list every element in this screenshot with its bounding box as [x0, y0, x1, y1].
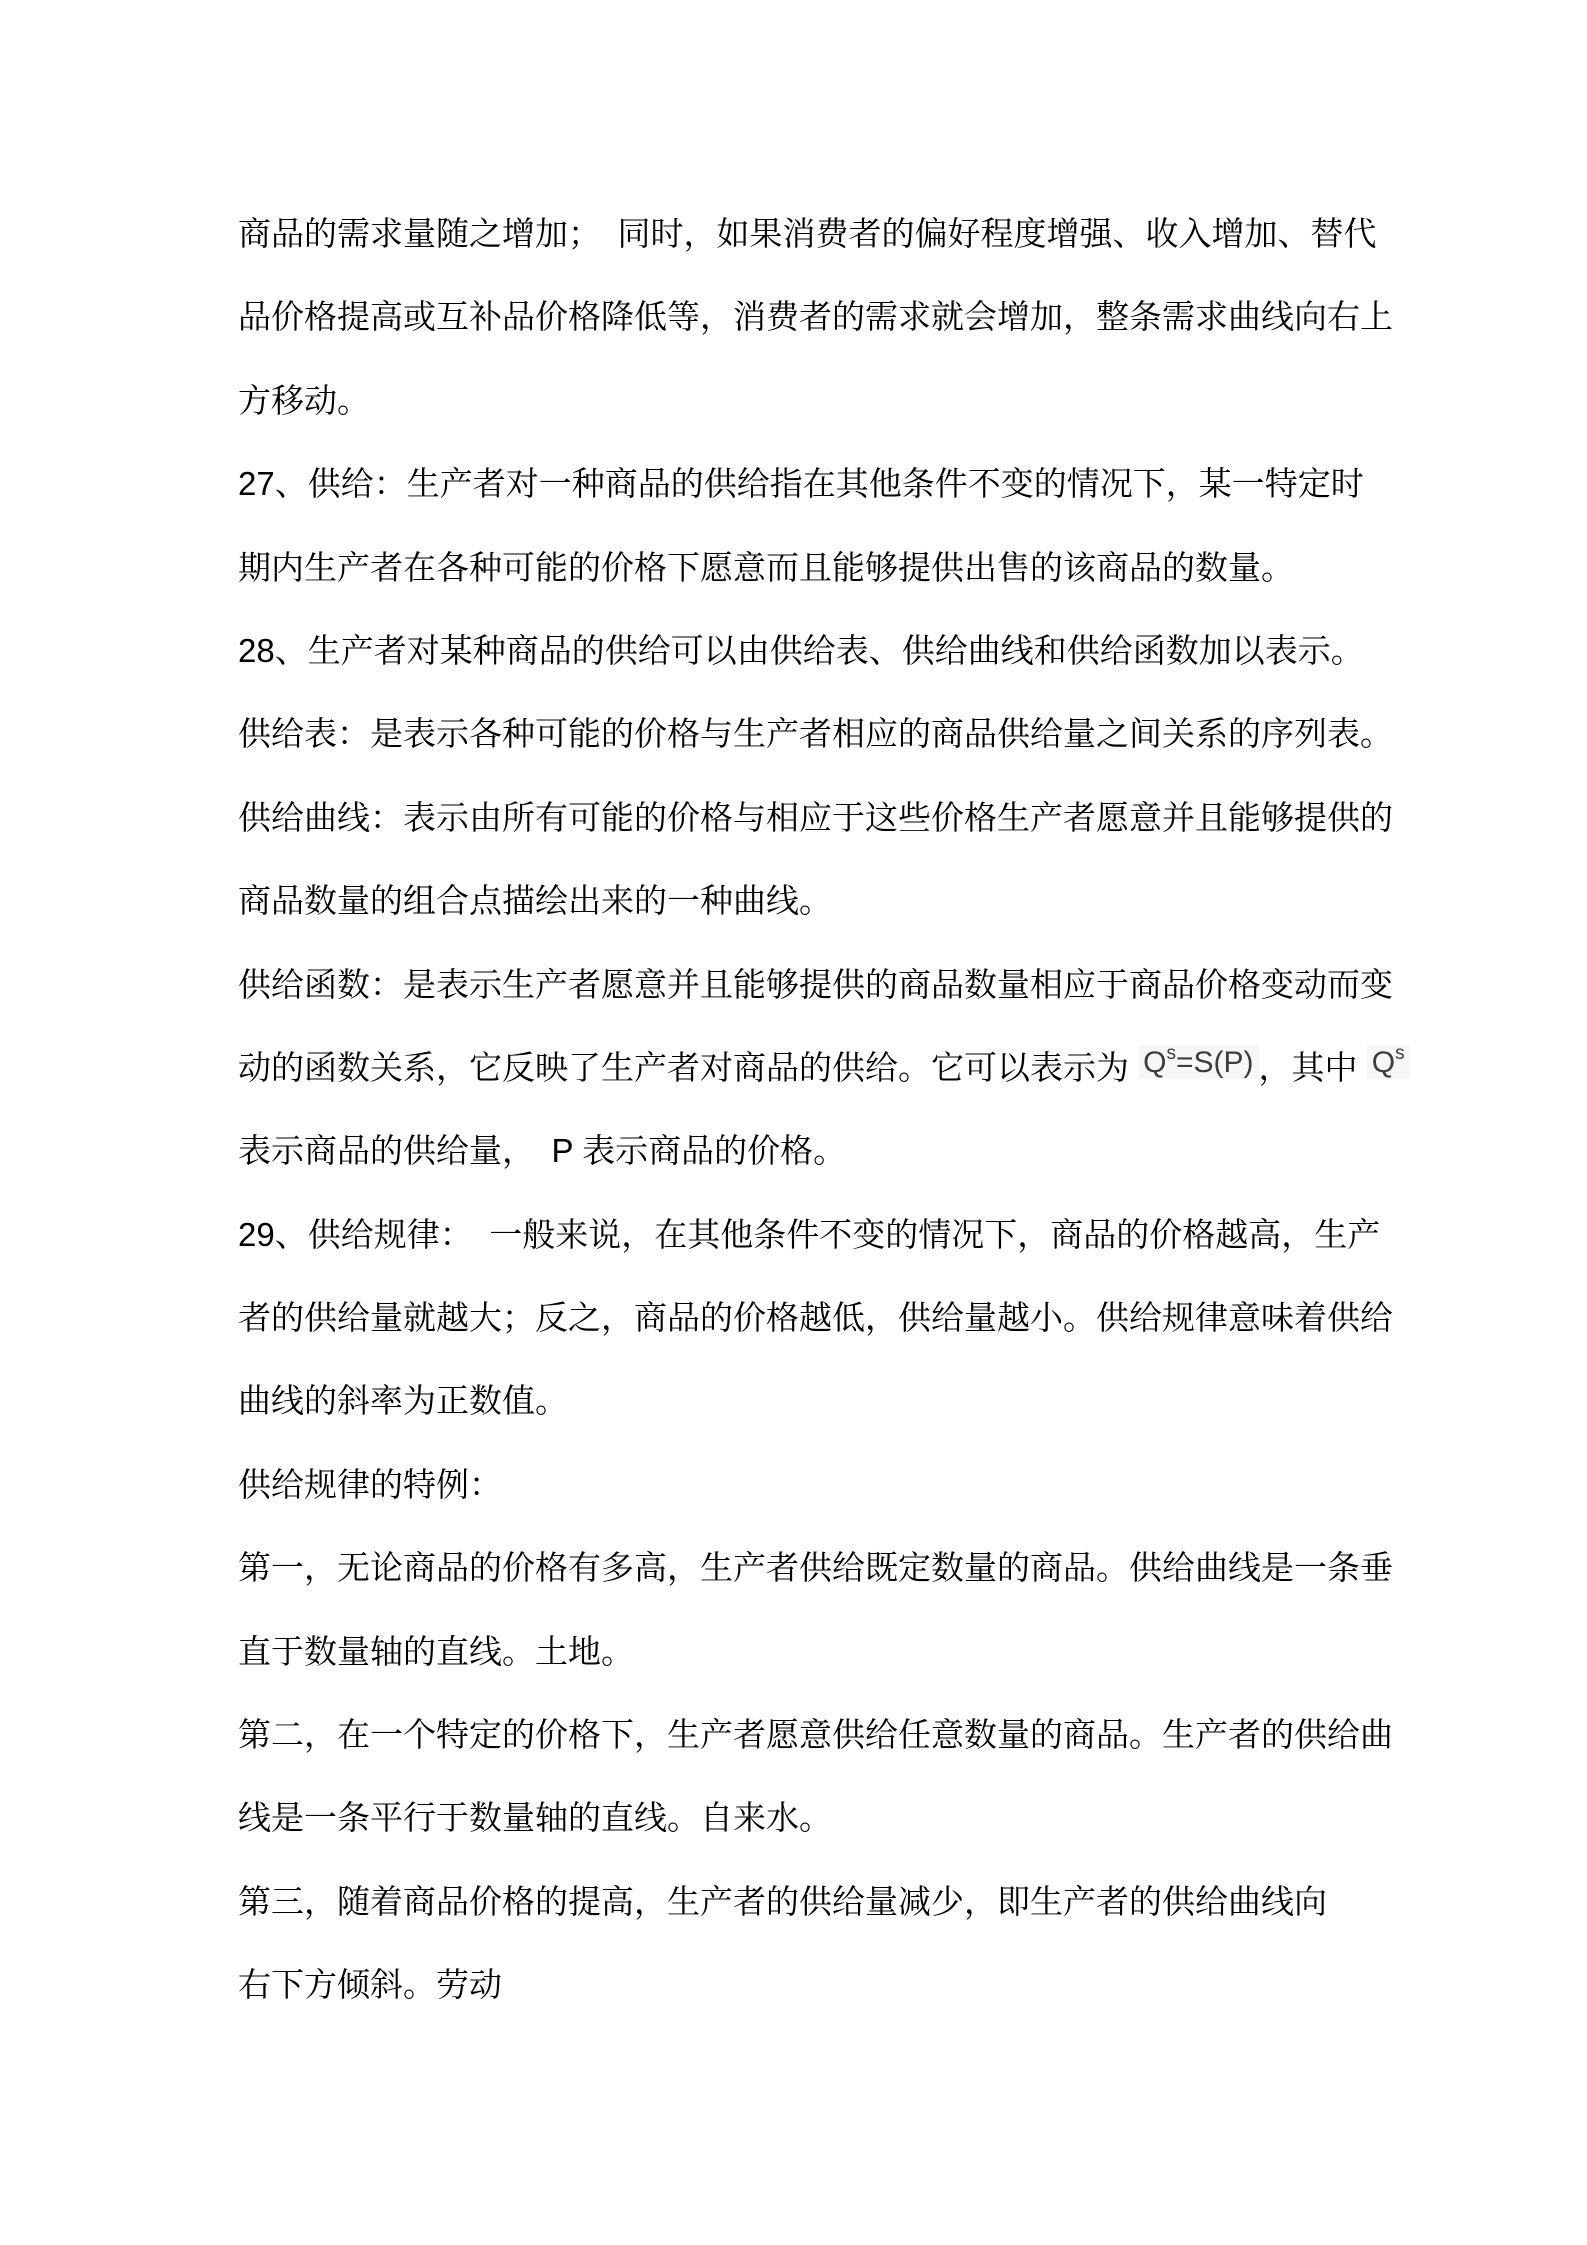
document-page: 商品的需求量随之增加； 同时，如果消费者的偏好程度增强、收入增加、替代品价格提高… — [0, 0, 1587, 2245]
text-line: 29、供给规律： 一般来说，在其他条件不变的情况下，商品的价格越高，生产 — [238, 1193, 1458, 1276]
text-line: 表示商品的供给量， P 表示商品的价格。 — [238, 1109, 1458, 1192]
text-line: 品价格提高或互补品价格降低等，消费者的需求就会增加，整条需求曲线向右上 — [238, 275, 1458, 358]
text-line: 动的函数关系，它反映了生产者对商品的供给。它可以表示为 Qs=S(P)，其中 Q… — [238, 1026, 1458, 1109]
text-line: 曲线的斜率为正数值。 — [238, 1359, 1458, 1442]
inline-equation: Qs — [1367, 1045, 1410, 1079]
text-line: 供给表：是表示各种可能的价格与生产者相应的商品供给量之间关系的序列表。 — [238, 692, 1458, 775]
text-line: 期内生产者在各种可能的价格下愿意而且能够提供出售的该商品的数量。 — [238, 526, 1458, 609]
text-line: 第一，无论商品的价格有多高，生产者供给既定数量的商品。供给曲线是一条垂 — [238, 1526, 1458, 1609]
text-line: 右下方倾斜。劳动 — [238, 1943, 1458, 2026]
text-line: 直于数量轴的直线。土地。 — [238, 1610, 1458, 1693]
text-line: 27、供给：生产者对一种商品的供给指在其他条件不变的情况下，某一特定时 — [238, 442, 1458, 525]
text-line: 第二，在一个特定的价格下，生产者愿意供给任意数量的商品。生产者的供给曲 — [238, 1693, 1458, 1776]
text-line: 供给函数：是表示生产者愿意并且能够提供的商品数量相应于商品价格变动而变 — [238, 943, 1458, 1026]
text-line: 商品数量的组合点描绘出来的一种曲线。 — [238, 859, 1458, 942]
text-segment: ，其中 — [1259, 1049, 1367, 1086]
text-line: 28、生产者对某种商品的供给可以由供给表、供给曲线和供给函数加以表示。 — [238, 609, 1458, 692]
text-line: 供给规律的特例： — [238, 1443, 1458, 1526]
inline-equation: Qs=S(P) — [1138, 1045, 1258, 1079]
text-line: 方移动。 — [238, 359, 1458, 442]
text-segment: 动的函数关系，它反映了生产者对商品的供给。它可以表示为 — [238, 1049, 1138, 1086]
text-line: 供给曲线：表示由所有可能的价格与相应于这些价格生产者愿意并且能够提供的 — [238, 776, 1458, 859]
text-line: 者的供给量就越大；反之，商品的价格越低，供给量越小。供给规律意味着供给 — [238, 1276, 1458, 1359]
document-body: 商品的需求量随之增加； 同时，如果消费者的偏好程度增强、收入增加、替代品价格提高… — [238, 192, 1458, 2027]
text-line: 第三，随着商品价格的提高，生产者的供给量减少，即生产者的供给曲线向 — [238, 1860, 1458, 1943]
text-line: 商品的需求量随之增加； 同时，如果消费者的偏好程度增强、收入增加、替代 — [238, 192, 1458, 275]
text-line: 线是一条平行于数量轴的直线。自来水。 — [238, 1776, 1458, 1859]
